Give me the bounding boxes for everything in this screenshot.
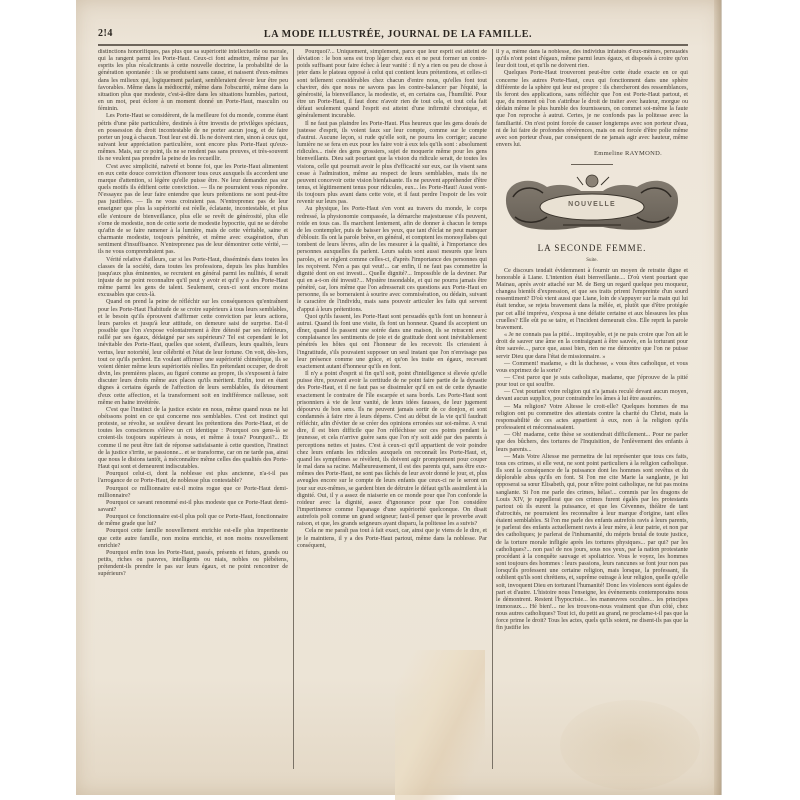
paragraph: Pourquoi?... Uniquement, simplement, par… (297, 49, 487, 121)
paragraph: — C'est parce que je suis catholique, ma… (496, 375, 688, 389)
nouvelle-ornament-banner: NOUVELLE (503, 173, 681, 235)
paragraph: C'est que l'instinct de la justice exist… (98, 407, 288, 471)
story-title: LA SECONDE FEMME. (496, 245, 688, 252)
paragraph: — Mais Votre Altesse me permettra de lui… (496, 454, 688, 633)
page-number: 2!4 (98, 28, 113, 39)
essay-ending: il y a, même dans la noblesse, des indiv… (496, 49, 688, 149)
paragraph: C'est avec simplicité, naïveté et bonne … (98, 164, 288, 257)
paragraph: Vérité relative d'ailleurs, car si les P… (98, 257, 288, 300)
column-divider (293, 49, 294, 769)
paragraph: Pourquoi ce savant renommé est-il plus m… (98, 500, 288, 514)
paragraph: Il ne faut pas plaindre les Porte-Haut. … (297, 121, 487, 207)
paragraph: Pourquoi ce millionnaire est-il moins ro… (98, 486, 288, 500)
article-column-3: il y a, même dans la noblesse, des indiv… (496, 49, 688, 769)
paragraph: distinctions honorifiques, pas plus que … (98, 49, 288, 113)
nouvelle-label: NOUVELLE (503, 201, 681, 208)
paragraph: Pourquoi cette famille nouvellement enri… (98, 528, 288, 549)
paragraph: Cela ne me paraît pas tout à fait exact,… (297, 528, 487, 549)
section-divider (571, 164, 613, 165)
paragraph: Il n'y a point d'esprit si fin qu'il soi… (297, 371, 487, 528)
story-text: Ce discours tendait évidemment à fournir… (496, 268, 688, 633)
page-edge-shadow (714, 0, 722, 795)
paragraph: — Ma religion? Votre Altesse le croit-el… (496, 404, 688, 433)
article-column-2: Pourquoi?... Uniquement, simplement, par… (297, 49, 487, 769)
journal-title: LA MODE ILLUSTRÉE, JOURNAL DE LA FAMILLE… (205, 28, 591, 40)
paragraph: — Comment! madame, » dit la duchesse, « … (496, 361, 688, 375)
paragraph: — Oh! madame, cette thèse se soutiendrai… (496, 432, 688, 453)
paragraph: Pourquoi celui-ci, dont la noblesse est … (98, 471, 288, 485)
story-subtitle: Suite. (496, 257, 688, 264)
paragraph: Quand on prend la peine de réfléchir sur… (98, 299, 288, 406)
paragraph: Ce discours tendait évidemment à fournir… (496, 268, 688, 332)
page-header: 2!4 LA MODE ILLUSTRÉE, JOURNAL DE LA FAM… (98, 28, 688, 42)
paragraph: Les Porte-Haut se considèrent, de la mei… (98, 113, 288, 163)
paragraph: Au physique, les Porte-Haut s'en vont au… (297, 206, 487, 313)
column-divider (492, 49, 493, 769)
article-column-1: distinctions honorifiques, pas plus que … (98, 49, 288, 769)
author-signature: Emmeline RAYMOND. (496, 150, 688, 157)
paragraph: Pourquoi ce fonctionnaire est-il plus po… (98, 514, 288, 528)
header-rule (98, 44, 688, 46)
paragraph: il y a, même dans la noblesse, des indiv… (496, 49, 688, 70)
paragraph: Pourquoi enfin tous les Porte-Haut, pass… (98, 550, 288, 579)
paragraph: Quelques Porte-Haut trouveront peut-être… (496, 70, 688, 149)
paragraph: « Je ne connais pas la pitié... impitoya… (496, 332, 688, 361)
paragraph: Quoi qu'ils fassent, les Porte-Haut sont… (297, 314, 487, 371)
paragraph: — C'est pourtant votre religion qui n'a … (496, 389, 688, 403)
